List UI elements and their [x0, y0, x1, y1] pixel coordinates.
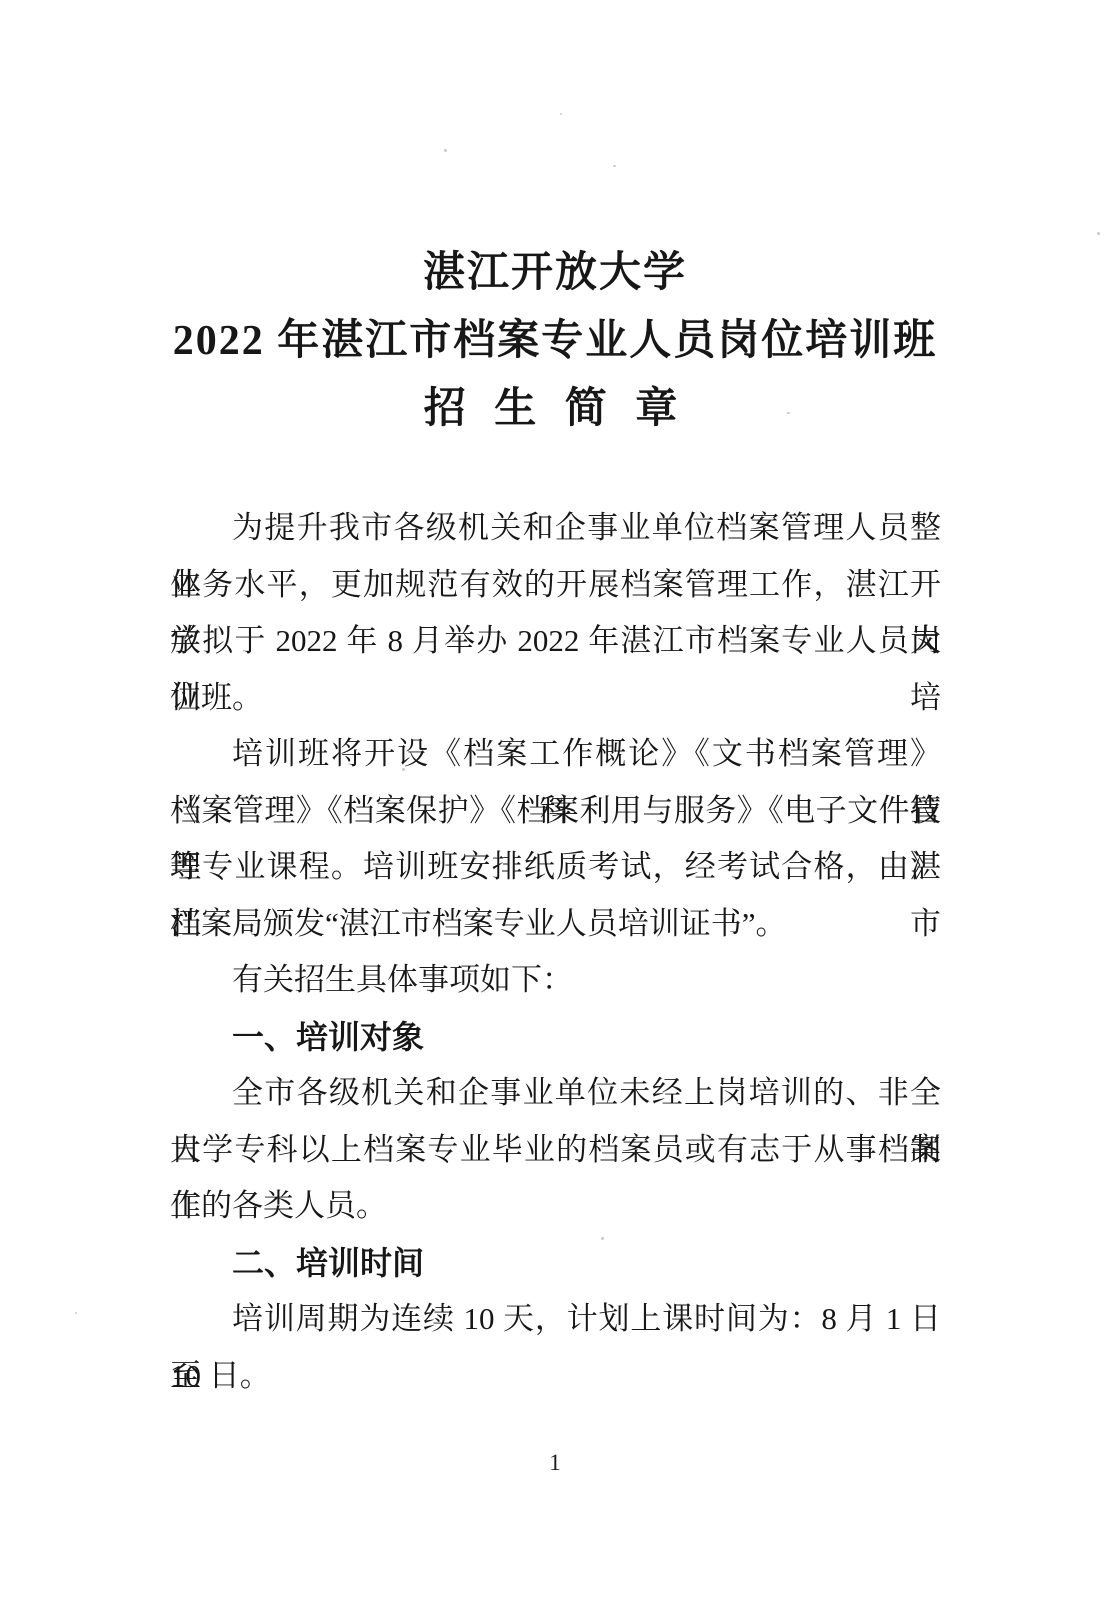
body-line: 为提升我市各级机关和企事业单位档案管理人员整体 [170, 500, 941, 557]
body-line: 培训班将开设《档案工作概论》《文书档案管理》《科技 [170, 726, 941, 783]
document-body: 为提升我市各级机关和企事业单位档案管理人员整体 业务水平，更加规范有效的开展档案… [170, 500, 941, 1404]
scan-noise-speck [560, 113, 562, 115]
body-line: 等专业课程。培训班安排纸质考试，经考试合格，由湛江市 [170, 839, 941, 896]
body-line: 学拟于 2022 年 8 月举办 2022 年湛江市档案专业人员岗位培 [170, 613, 941, 670]
title-line-university: 湛江开放大学 [0, 239, 1110, 307]
section-heading-training-time: 二、培训时间 [170, 1235, 941, 1292]
title-line-brochure: 招 生 简 章 [0, 375, 1110, 443]
scan-noise-speck [75, 1312, 77, 1314]
body-line: 培训周期为连续 10 天，计划上课时间为：8 月 1 日至 [170, 1291, 941, 1348]
scan-noise-speck [402, 768, 405, 771]
scan-noise-speck [1097, 232, 1100, 235]
title-line-training-class: 2022 年湛江市档案专业人员岗位培训班 [0, 307, 1110, 375]
body-line: 有关招生具体事项如下： [170, 952, 941, 1009]
section-heading-training-target: 一、培训对象 [170, 1009, 941, 1066]
body-line: 业务水平，更加规范有效的开展档案管理工作，湛江开放大 [170, 557, 941, 614]
document-title: 湛江开放大学 2022 年湛江市档案专业人员岗位培训班 招 生 简 章 [0, 239, 1110, 443]
scan-noise-speck [444, 149, 447, 152]
body-line: 10 日。 [170, 1348, 941, 1405]
scan-noise-speck [601, 1237, 604, 1240]
body-line: 作的各类人员。 [170, 1178, 941, 1235]
scan-noise-speck [787, 412, 790, 414]
page-number: 1 [0, 1450, 1110, 1476]
body-line: 全市各级机关和企事业单位未经上岗培训的、非全日制 [170, 1065, 941, 1122]
body-line: 大学专科以上档案专业毕业的档案员或有志于从事档案工 [170, 1122, 941, 1179]
scanned-document-page: 湛江开放大学 2022 年湛江市档案专业人员岗位培训班 招 生 简 章 为提升我… [0, 0, 1110, 1600]
body-line: 档案管理》《档案保护》《档案利用与服务》《电子文件管理》 [170, 783, 941, 840]
scan-noise-speck [613, 165, 616, 167]
